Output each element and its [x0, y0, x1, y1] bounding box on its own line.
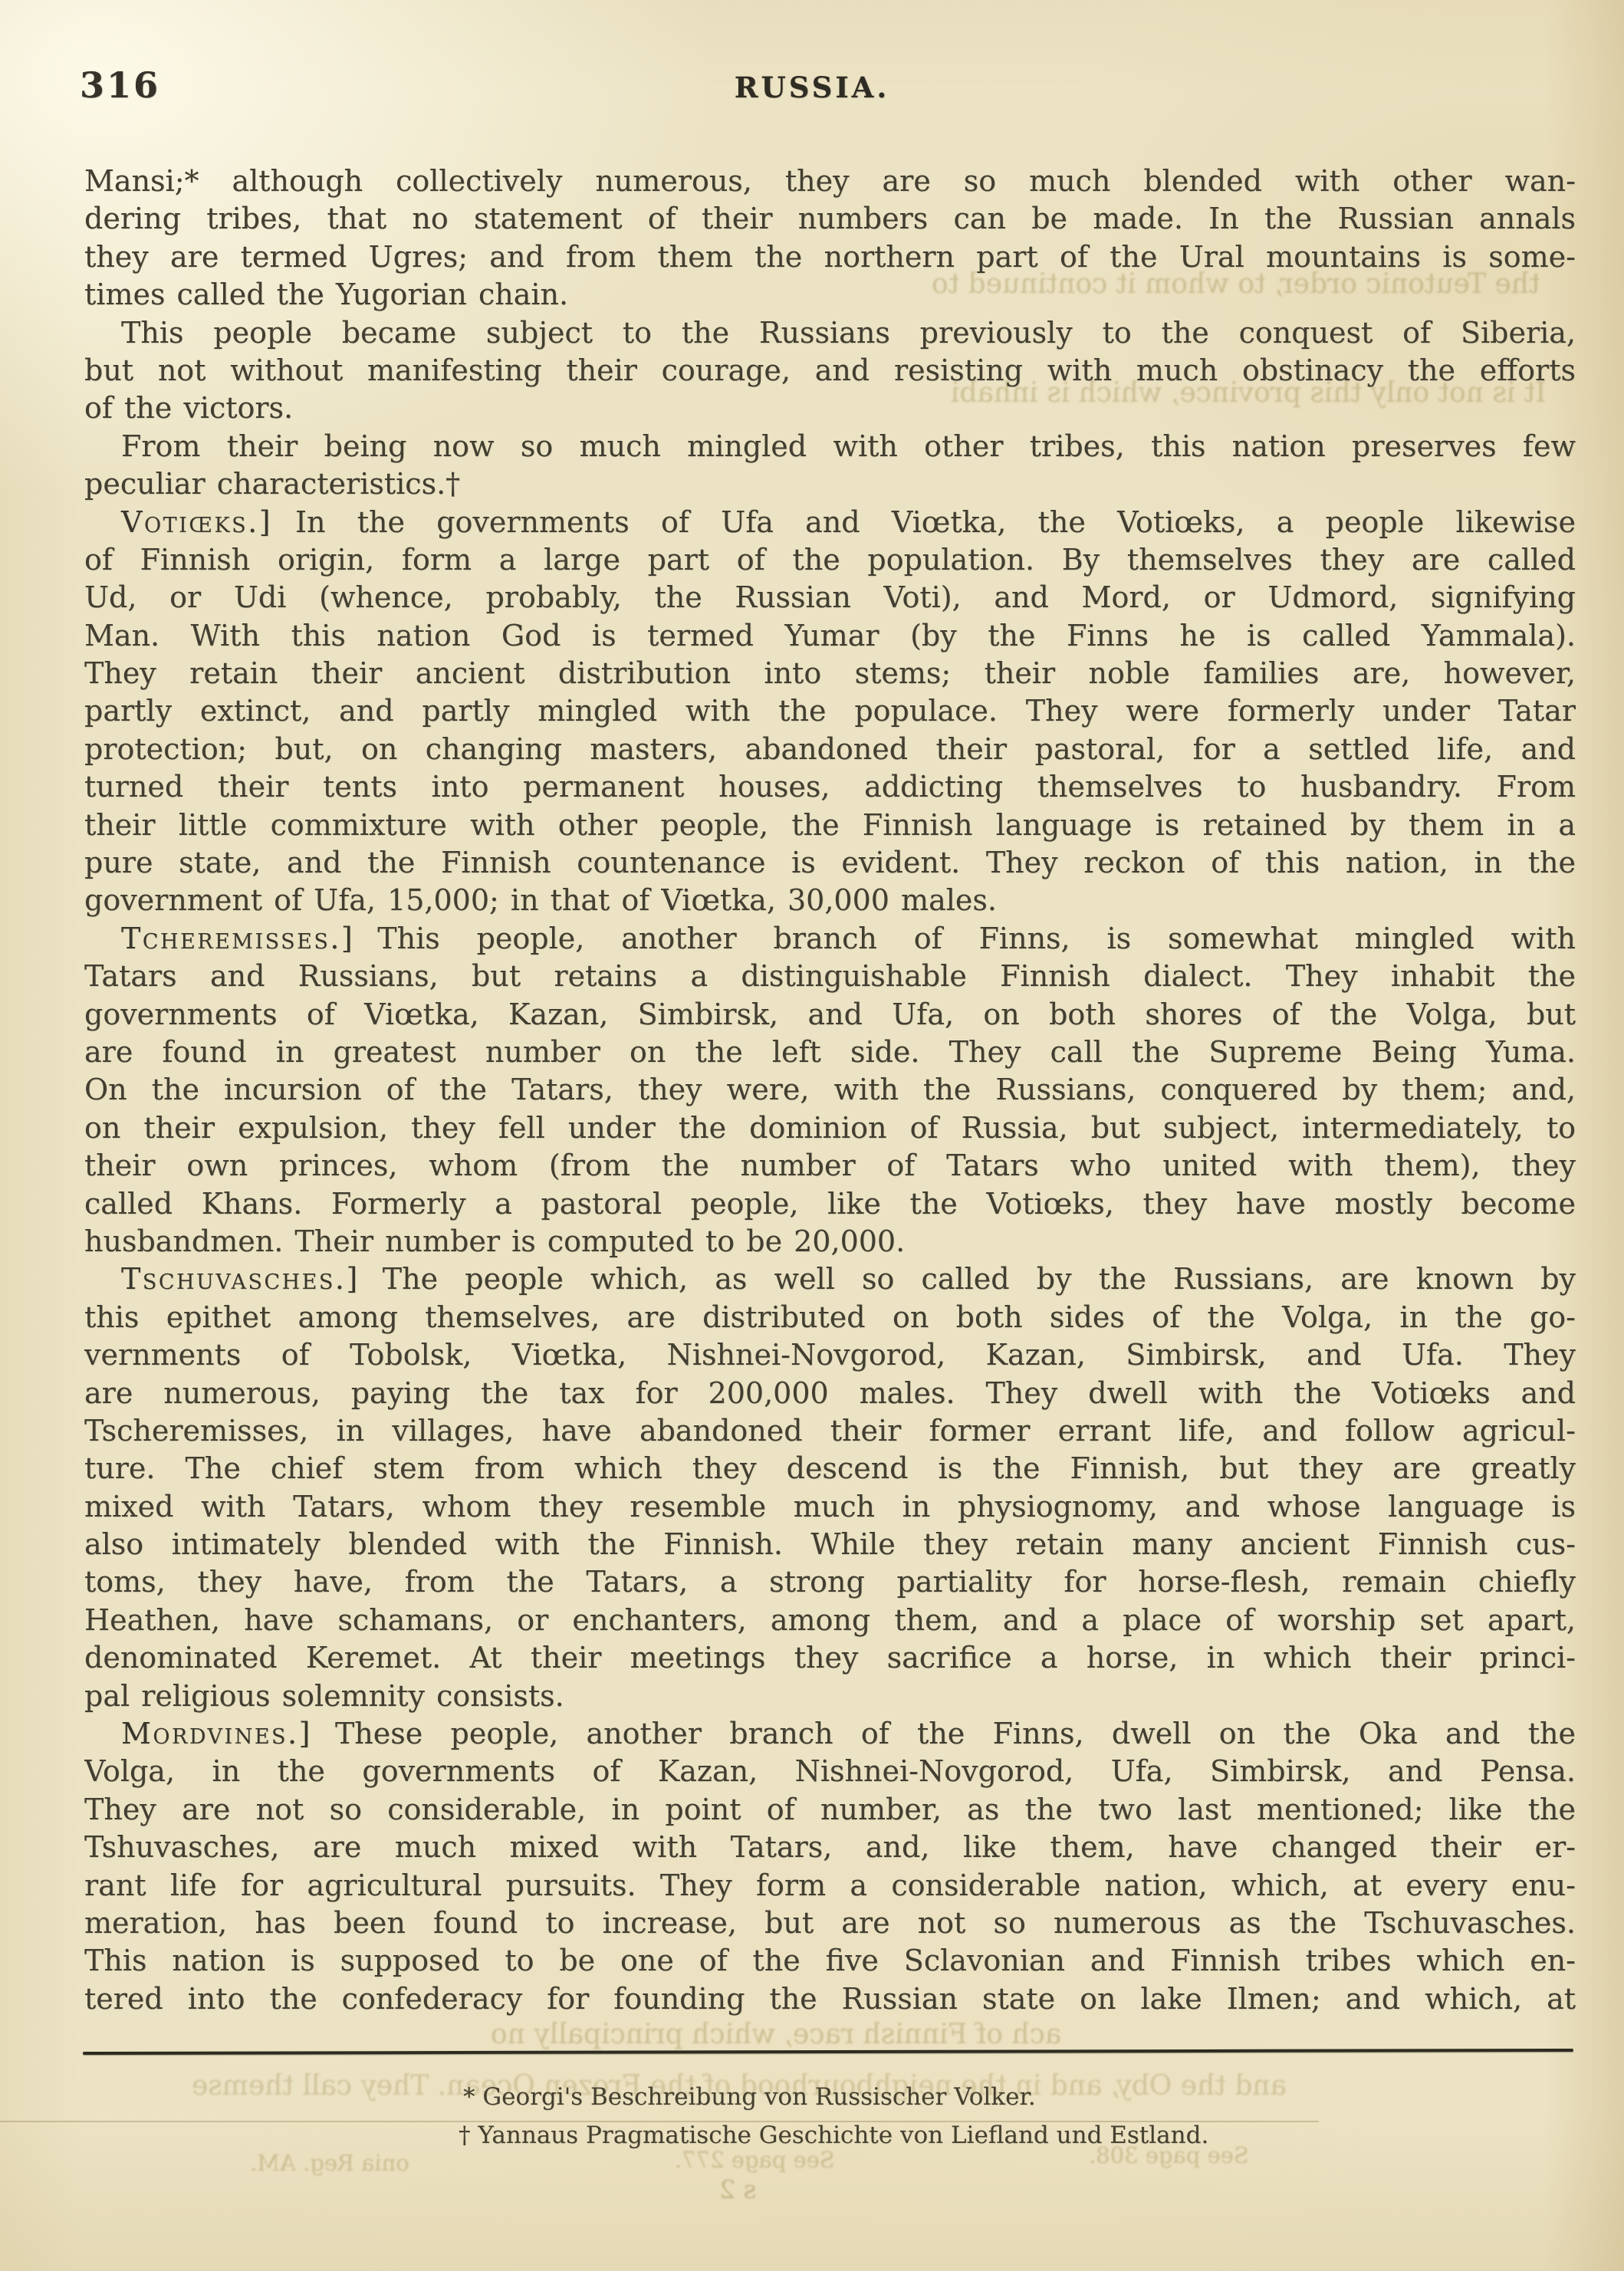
section-head: Votiœks.]: [121, 505, 272, 539]
text-line: governments of Viœtka, Kazan, Simbirsk, …: [84, 996, 1576, 1034]
text-line: protection; but, on changing masters, ab…: [84, 731, 1576, 768]
text-line: of the victors.: [84, 389, 1576, 427]
text-line: Tatars and Russians, but retains a disti…: [84, 958, 1576, 995]
paragraph: This people became subject to the Russia…: [84, 314, 1576, 428]
text-line: government of Ufa, 15,000; in that of Vi…: [84, 882, 1576, 919]
text-line: Tshuvasches, are much mixed with Tatars,…: [84, 1829, 1576, 1866]
text-line: turned their tents into permanent houses…: [84, 768, 1576, 806]
section-head-rest: This people, another branch of Finns, is…: [377, 922, 1576, 955]
text-line: Man. With this nation God is termed Yuma…: [84, 617, 1576, 655]
text-line: are numerous, paying the tax for 200,000…: [84, 1375, 1576, 1412]
text-line: dering tribes, that no statement of thei…: [84, 200, 1576, 238]
text-line: vernments of Tobolsk, Viœtka, Nishnei-No…: [84, 1336, 1576, 1374]
paragraph: Mansi;* although collectively numerous, …: [84, 163, 1576, 314]
text-line: peculiar characteristics.†: [84, 465, 1576, 503]
text-line: meration, has been found to increase, bu…: [84, 1905, 1576, 1942]
text-line: They retain their ancient distribution i…: [84, 655, 1576, 692]
text-line: this epithet among themselves, are distr…: [84, 1299, 1576, 1336]
text-line: but not without manifesting their courag…: [84, 352, 1576, 389]
text-line: rant life for agricultural pursuits. The…: [84, 1867, 1576, 1905]
bleed-through-text: onia Reg. AM.: [250, 2150, 409, 2176]
text-line: Mordvines.]These people, another branch …: [84, 1715, 1576, 1753]
text-line: Tcheremisses.]This people, another branc…: [84, 920, 1576, 958]
text-line: their own princes, whom (from the number…: [84, 1147, 1576, 1185]
section-head: Mordvines.]: [121, 1717, 312, 1750]
section-head: Tschuvasches.]: [121, 1262, 360, 1296]
bleed-through-text: s 2: [719, 2174, 756, 2204]
section-head-rest: In the governments of Ufa and Viœtka, th…: [295, 505, 1576, 539]
running-header: RUSSIA.: [0, 71, 1624, 104]
text-line: on their expulsion, they fell under the …: [84, 1109, 1576, 1147]
text-line: husbandmen. Their number is computed to …: [84, 1223, 1576, 1260]
text-line: they are termed Ugres; and from them the…: [84, 238, 1576, 276]
paragraph: Tcheremisses.]This people, another branc…: [84, 920, 1576, 1261]
text-line: Heathen, have schamans, or enchanters, a…: [84, 1602, 1576, 1639]
text-line: tered into the confederacy for founding …: [84, 1980, 1576, 2018]
text-line: times called the Yugorian chain.: [84, 276, 1576, 314]
book-page: 316 RUSSIA. the Teutonic order, to whom …: [0, 0, 1624, 2271]
text-line: Tschuvasches.]The people which, as well …: [84, 1260, 1576, 1298]
paragraph: Mordvines.]These people, another branch …: [84, 1715, 1576, 2018]
text-line: mixed with Tatars, whom they resemble mu…: [84, 1488, 1576, 1526]
text-line: Ud, or Udi (whence, probably, the Russia…: [84, 579, 1576, 616]
section-head-rest: These people, another branch of the Finn…: [335, 1717, 1576, 1750]
body-text: Mansi;* although collectively numerous, …: [84, 163, 1576, 2018]
text-line: partly extinct, and partly mingled with …: [84, 692, 1576, 730]
text-line: pal religious solemnity consists.: [84, 1678, 1576, 1715]
footnote: † Yannaus Pragmatische Geschichte von Li…: [459, 2118, 1208, 2153]
paragraph: Votiœks.]In the governments of Ufa and V…: [84, 504, 1576, 920]
text-line: This people became subject to the Russia…: [84, 314, 1576, 352]
text-line: This nation is supposed to be one of the…: [84, 1942, 1576, 1980]
text-line: Votiœks.]In the governments of Ufa and V…: [84, 504, 1576, 541]
section-head: Tcheremisses.]: [121, 922, 354, 955]
text-line: of Finnish origin, form a large part of …: [84, 541, 1576, 579]
text-line: their little commixture with other peopl…: [84, 807, 1576, 844]
text-line: From their being now so much mingled wit…: [84, 428, 1576, 465]
text-line: denominated Keremet. At their meetings t…: [84, 1639, 1576, 1677]
section-head-rest: The people which, as well so called by t…: [383, 1262, 1576, 1296]
bleed-through-text: ach of Finnish race, which principally n…: [491, 2019, 1061, 2050]
text-line: They are not so considerable, in point o…: [84, 1791, 1576, 1829]
paragraph: Tschuvasches.]The people which, as well …: [84, 1260, 1576, 1715]
paragraph: From their being now so much mingled wit…: [84, 428, 1576, 504]
text-line: ture. The chief stem from which they des…: [84, 1450, 1576, 1487]
text-line: Tscheremisses, in villages, have abandon…: [84, 1412, 1576, 1450]
text-line: called Khans. Formerly a pastoral people…: [84, 1185, 1576, 1223]
text-line: are found in greatest number on the left…: [84, 1034, 1576, 1071]
text-line: toms, they have, from the Tatars, a stro…: [84, 1563, 1576, 1601]
text-line: also intimately blended with the Finnish…: [84, 1526, 1576, 1563]
text-line: Mansi;* although collectively numerous, …: [84, 163, 1576, 200]
text-line: pure state, and the Finnish countenance …: [84, 844, 1576, 882]
text-line: On the incursion of the Tatars, they wer…: [84, 1071, 1576, 1109]
footnote-separator: [83, 2049, 1573, 2055]
text-line: Volga, in the governments of Kazan, Nish…: [84, 1753, 1576, 1790]
footnote: * Georgi's Beschreibung von Russischer V…: [463, 2079, 1036, 2115]
